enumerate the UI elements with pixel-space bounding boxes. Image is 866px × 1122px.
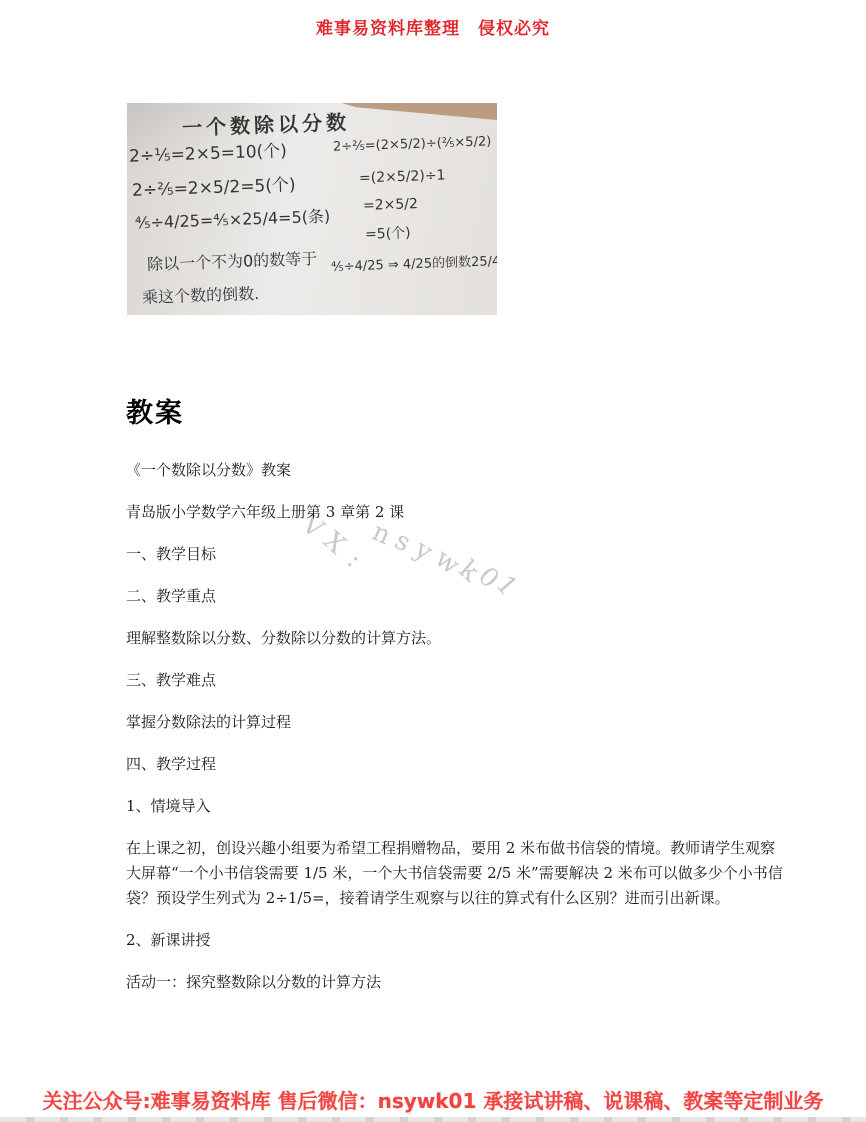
document-body: 教案 《一个数除以分数》教案 青岛版小学数学六年级上册第 3 章第 2 课 一、… <box>126 398 788 1012</box>
handwriting-line: =5(个) <box>365 222 411 244</box>
handwriting-line: =(2×5/2)÷1 <box>359 167 446 186</box>
handwriting-title: 一个数除以分数 <box>182 106 351 141</box>
handwritten-notes-photo: 一个数除以分数 2÷⅕=2×5=10(个) 2÷⅖=2×5/2=5(个) ⅘÷4… <box>127 103 497 315</box>
doc-line-intro: 1、情境导入 <box>126 794 788 819</box>
handwriting-line: 乘这个数的倒数. <box>142 281 260 308</box>
doc-line-difficulties: 三、教学难点 <box>126 668 788 693</box>
doc-line-subtitle: 《一个数除以分数》教案 <box>126 458 788 483</box>
doc-line-objectives: 一、教学目标 <box>126 542 788 567</box>
page-bottom-strip <box>0 1117 866 1122</box>
doc-line-diff-detail: 掌握分数除法的计算过程 <box>126 710 788 735</box>
doc-line-activity-one: 活动一：探究整数除以分数的计算方法 <box>126 970 788 995</box>
handwriting-line: =2×5/2 <box>363 196 418 214</box>
doc-title: 教案 <box>126 398 788 430</box>
doc-line-process: 四、教学过程 <box>126 752 788 777</box>
copyright-header: 难事易资料库整理 侵权必究 <box>0 14 866 39</box>
document-page: { "colors": { "header_red": "#e02429", "… <box>0 0 866 1122</box>
footer-banner: 关注公众号:难事易资料库 售后微信：nsywk01 承接试讲稿、说课稿、教案等定… <box>0 1085 866 1114</box>
doc-paragraph-scenario: 在上课之初，创设兴趣小组要为希望工程捐赠物品，要用 2 米布做书信袋的情境。教师… <box>126 836 788 911</box>
doc-line-new-lesson: 2、新课讲授 <box>126 928 788 953</box>
doc-line-key-detail: 理解整数除以分数、分数除以分数的计算方法。 <box>126 626 788 651</box>
doc-line-edition: 青岛版小学数学六年级上册第 3 章第 2 课 <box>126 500 788 525</box>
doc-line-key-points: 二、教学重点 <box>126 584 788 609</box>
